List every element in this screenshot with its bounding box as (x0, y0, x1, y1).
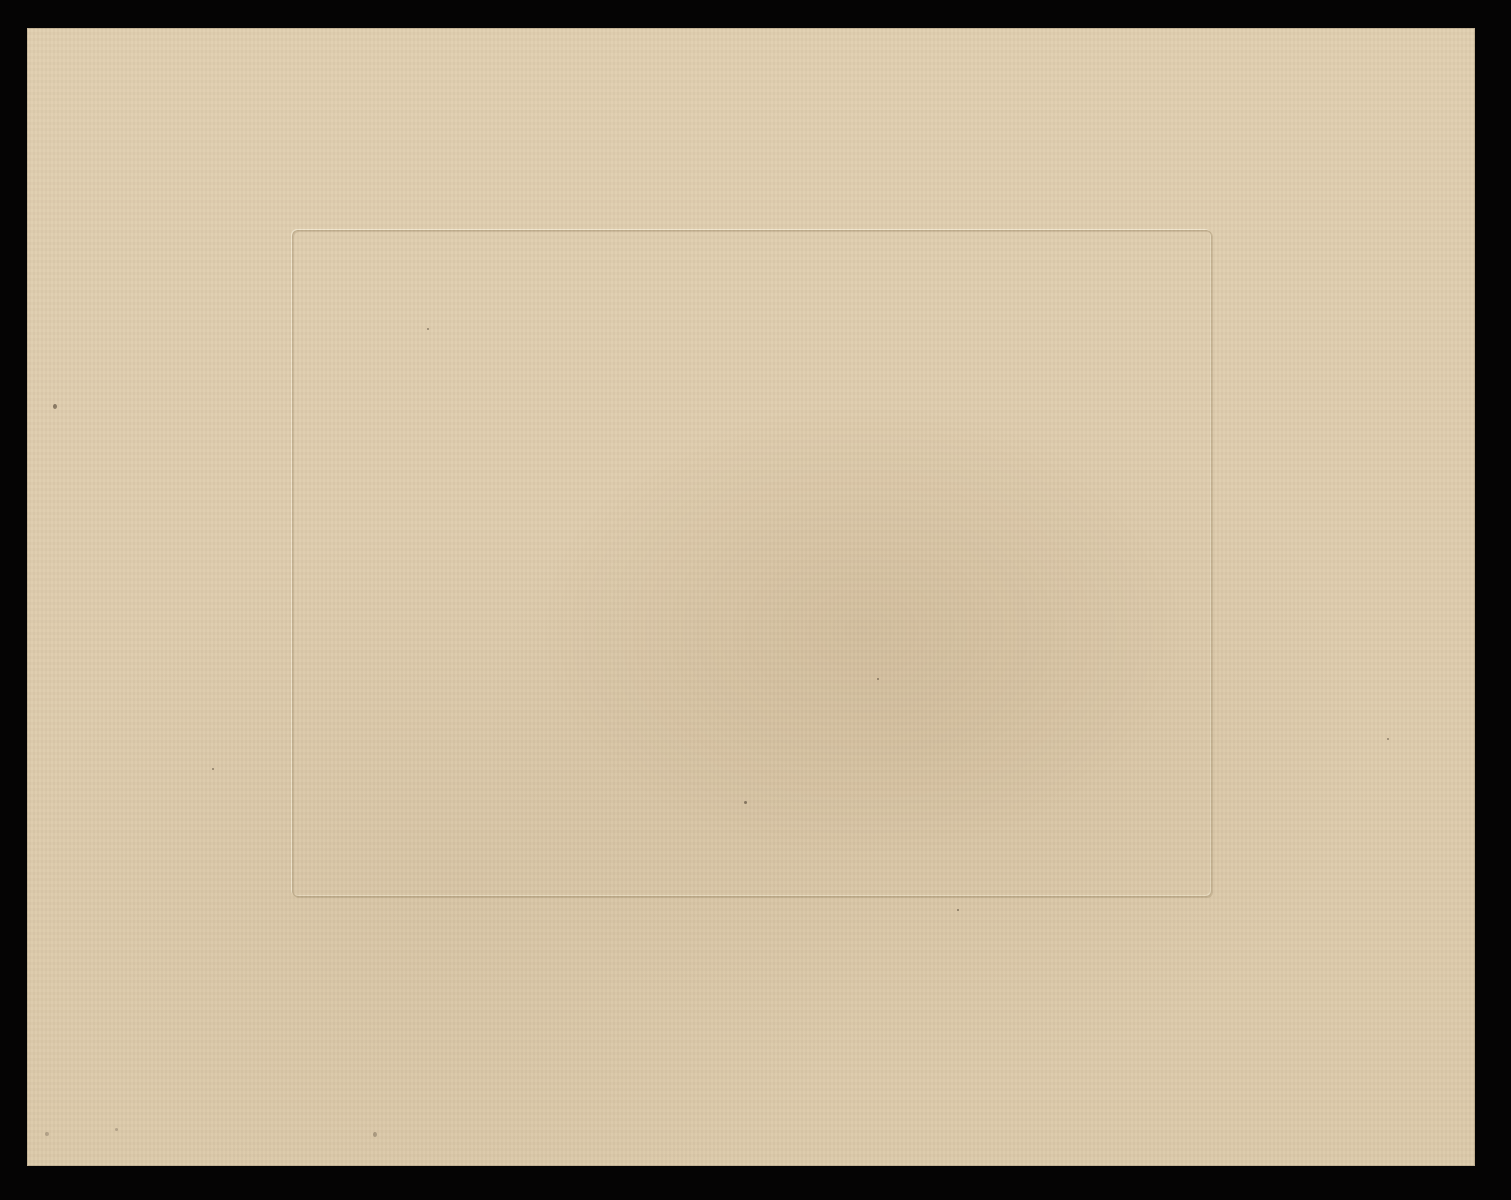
paper-speck (1387, 738, 1389, 740)
paper-speck (45, 1132, 49, 1136)
paper-sheet (27, 28, 1475, 1166)
plate-mark (292, 230, 1212, 897)
paper-speck (373, 1132, 377, 1137)
paper-speck (115, 1128, 118, 1131)
paper-speck (212, 768, 214, 770)
paper-speck (877, 678, 879, 680)
paper-speck (427, 328, 429, 330)
paper-speck (744, 801, 747, 804)
paper-speck (957, 909, 959, 911)
scan-background: Scan of the verso of an etching: blank c… (0, 0, 1511, 1200)
paper-speck (53, 404, 57, 409)
